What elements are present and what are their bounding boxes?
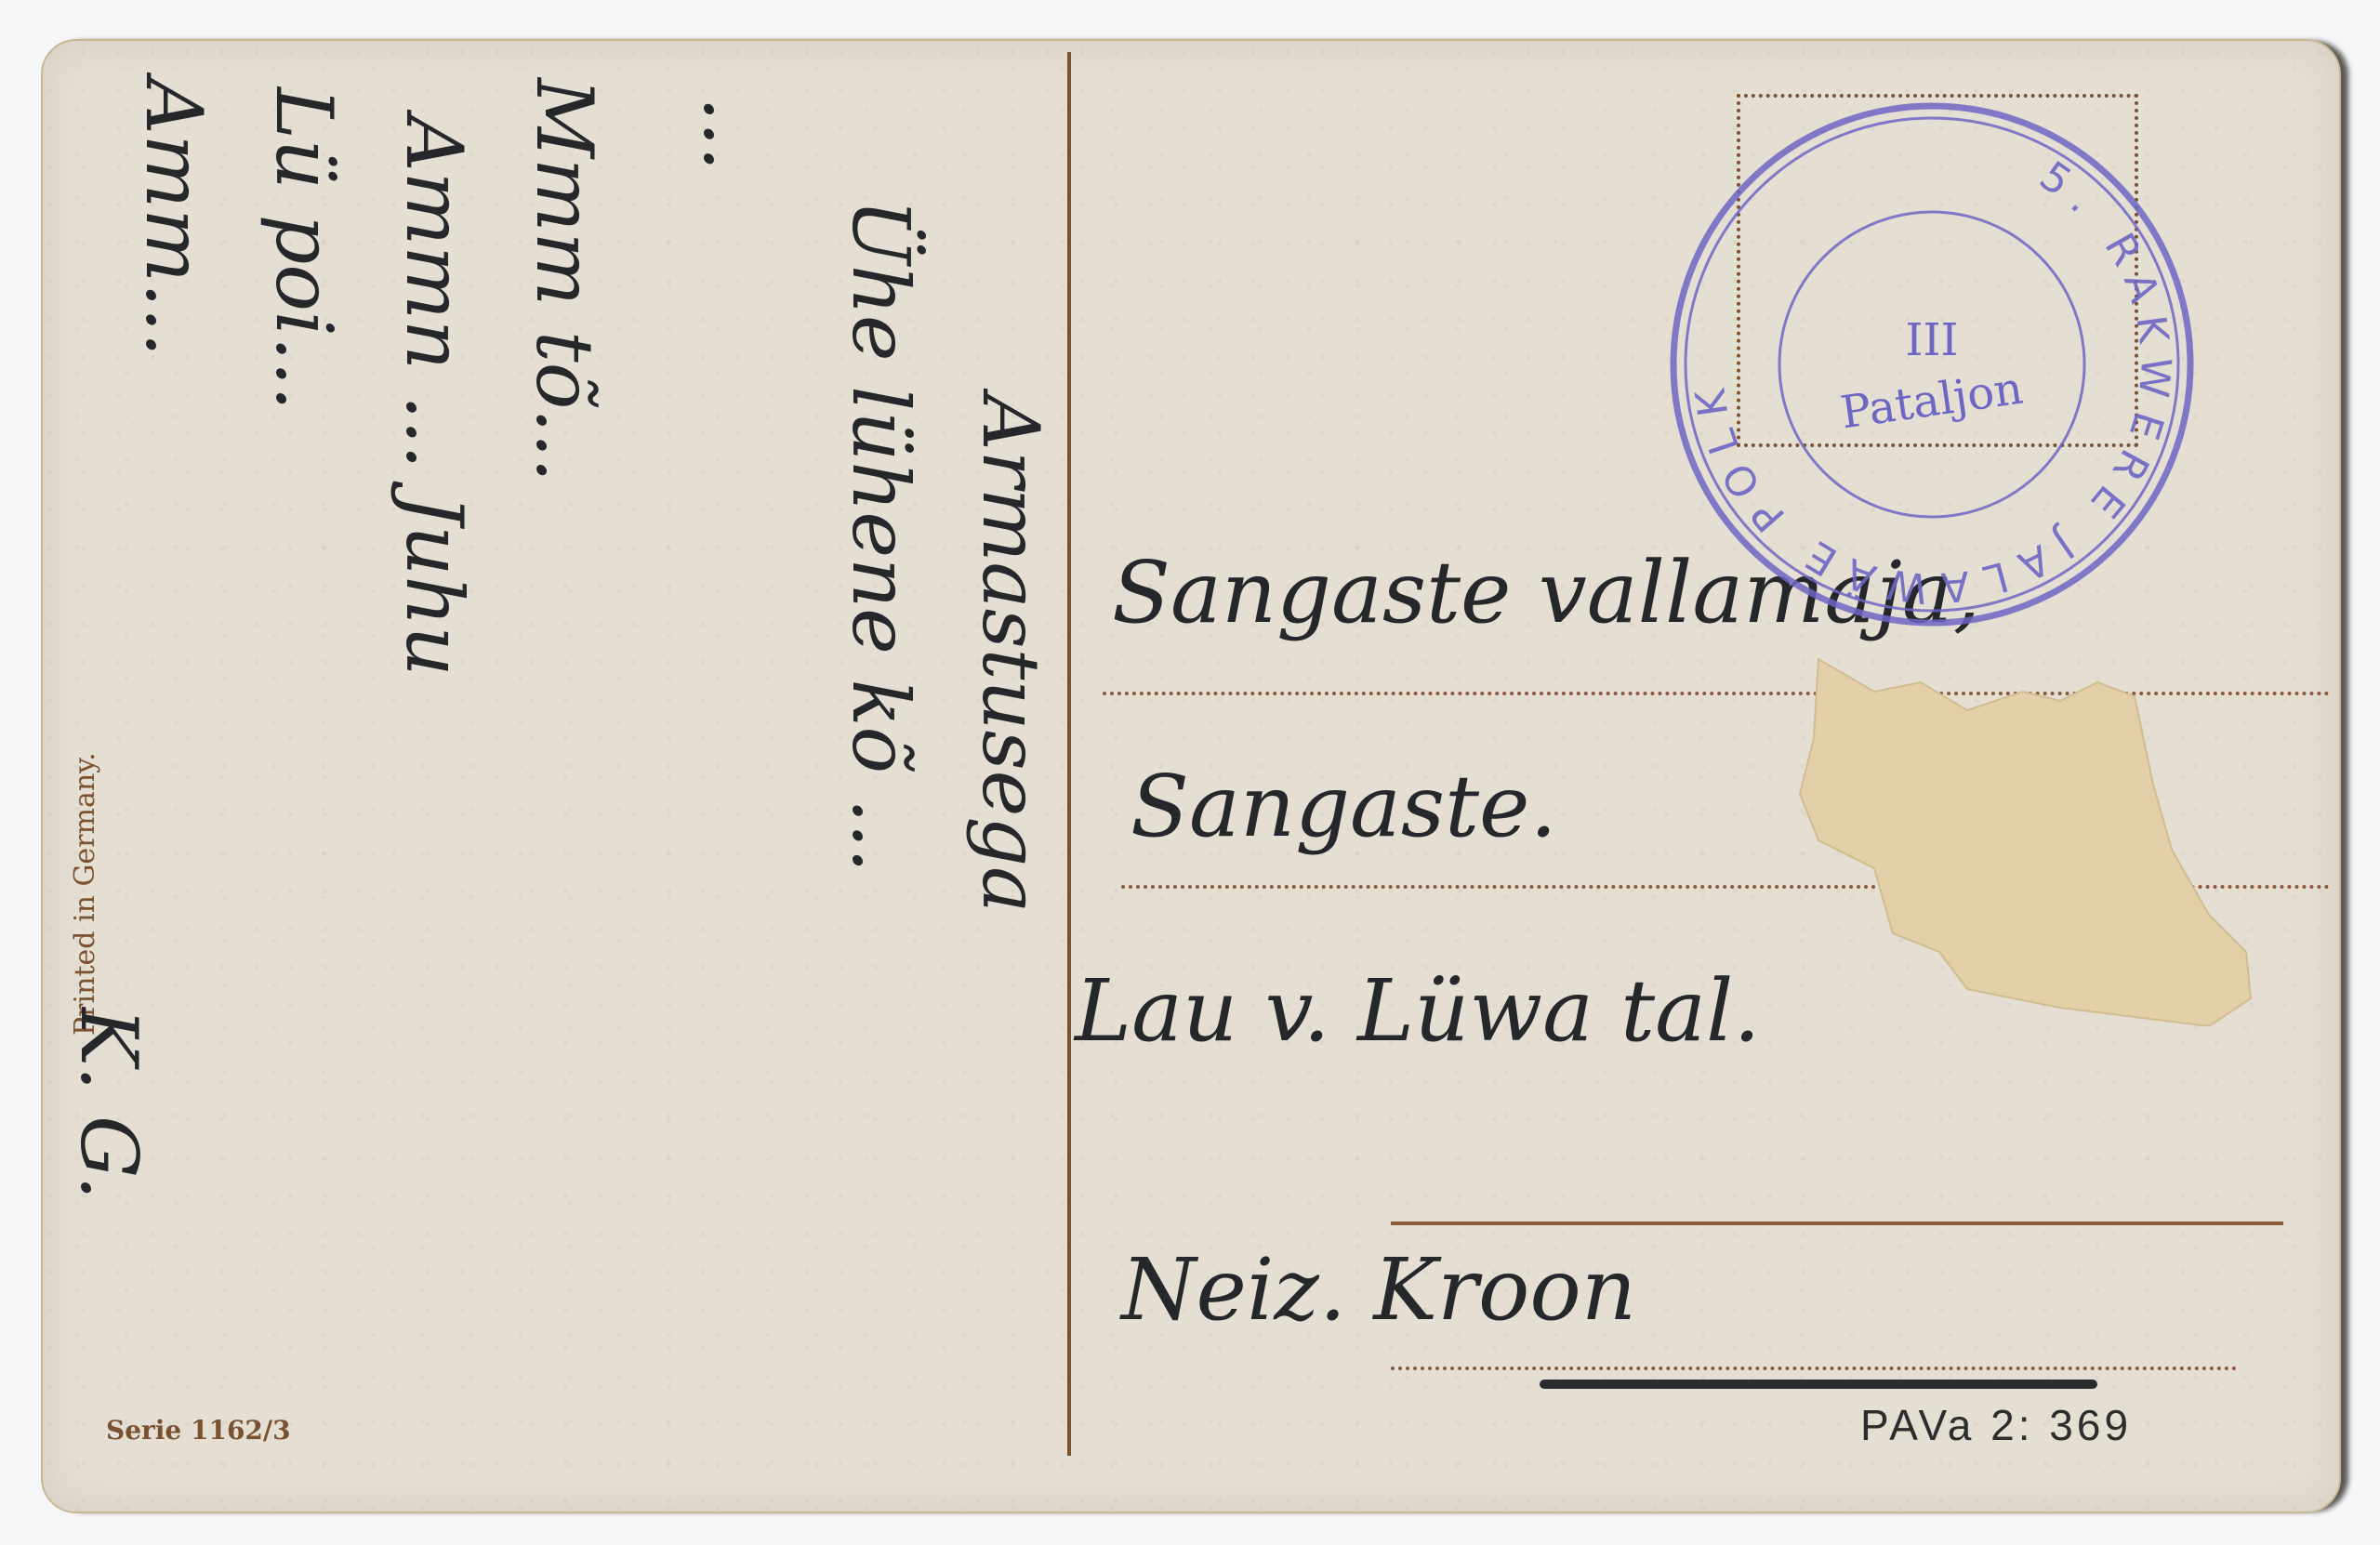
postcard: Printed in Germany. Serie 1162/3 Armastu…	[41, 39, 2341, 1513]
center-divider-line	[1067, 52, 1071, 1456]
signature: K. G.	[63, 1008, 154, 1200]
message-column-6: Lü poi...	[258, 87, 350, 411]
message-column-1: Armastusega	[965, 394, 1056, 913]
message-column-5: Ammn ... Juhu	[389, 115, 480, 677]
address-line-2: Sangaste.	[1130, 757, 1557, 856]
message-column-3: ...	[686, 97, 777, 171]
message-column-4: Mmm tõ...	[519, 78, 610, 482]
address-line-4: Neiz. Kroon	[1121, 1240, 1636, 1340]
message-column-2: Ühe lühene kõ ...	[835, 199, 926, 873]
torn-paper-residue	[1781, 654, 2265, 1026]
address-line-3: Lau v. Lüwa tal.	[1075, 961, 1761, 1061]
printed-in-germany-label: Printed in Germany.	[69, 682, 101, 1036]
address-solid-line	[1391, 1221, 2283, 1225]
svg-text:III: III	[1906, 314, 1959, 366]
archive-reference-number: PAVa 2: 369	[1860, 1400, 2132, 1450]
series-label: Serie 1162/3	[106, 1415, 291, 1446]
address-dotted-line-3	[1391, 1367, 2237, 1370]
svg-text:Pataljon: Pataljon	[1838, 363, 2027, 440]
regiment-seal-stamp: 5. RAKWERE JALAWÄE POLK III Pataljon	[1662, 95, 2201, 634]
message-column-7: Amm...	[128, 78, 219, 357]
address-underline-stroke	[1540, 1380, 2097, 1389]
